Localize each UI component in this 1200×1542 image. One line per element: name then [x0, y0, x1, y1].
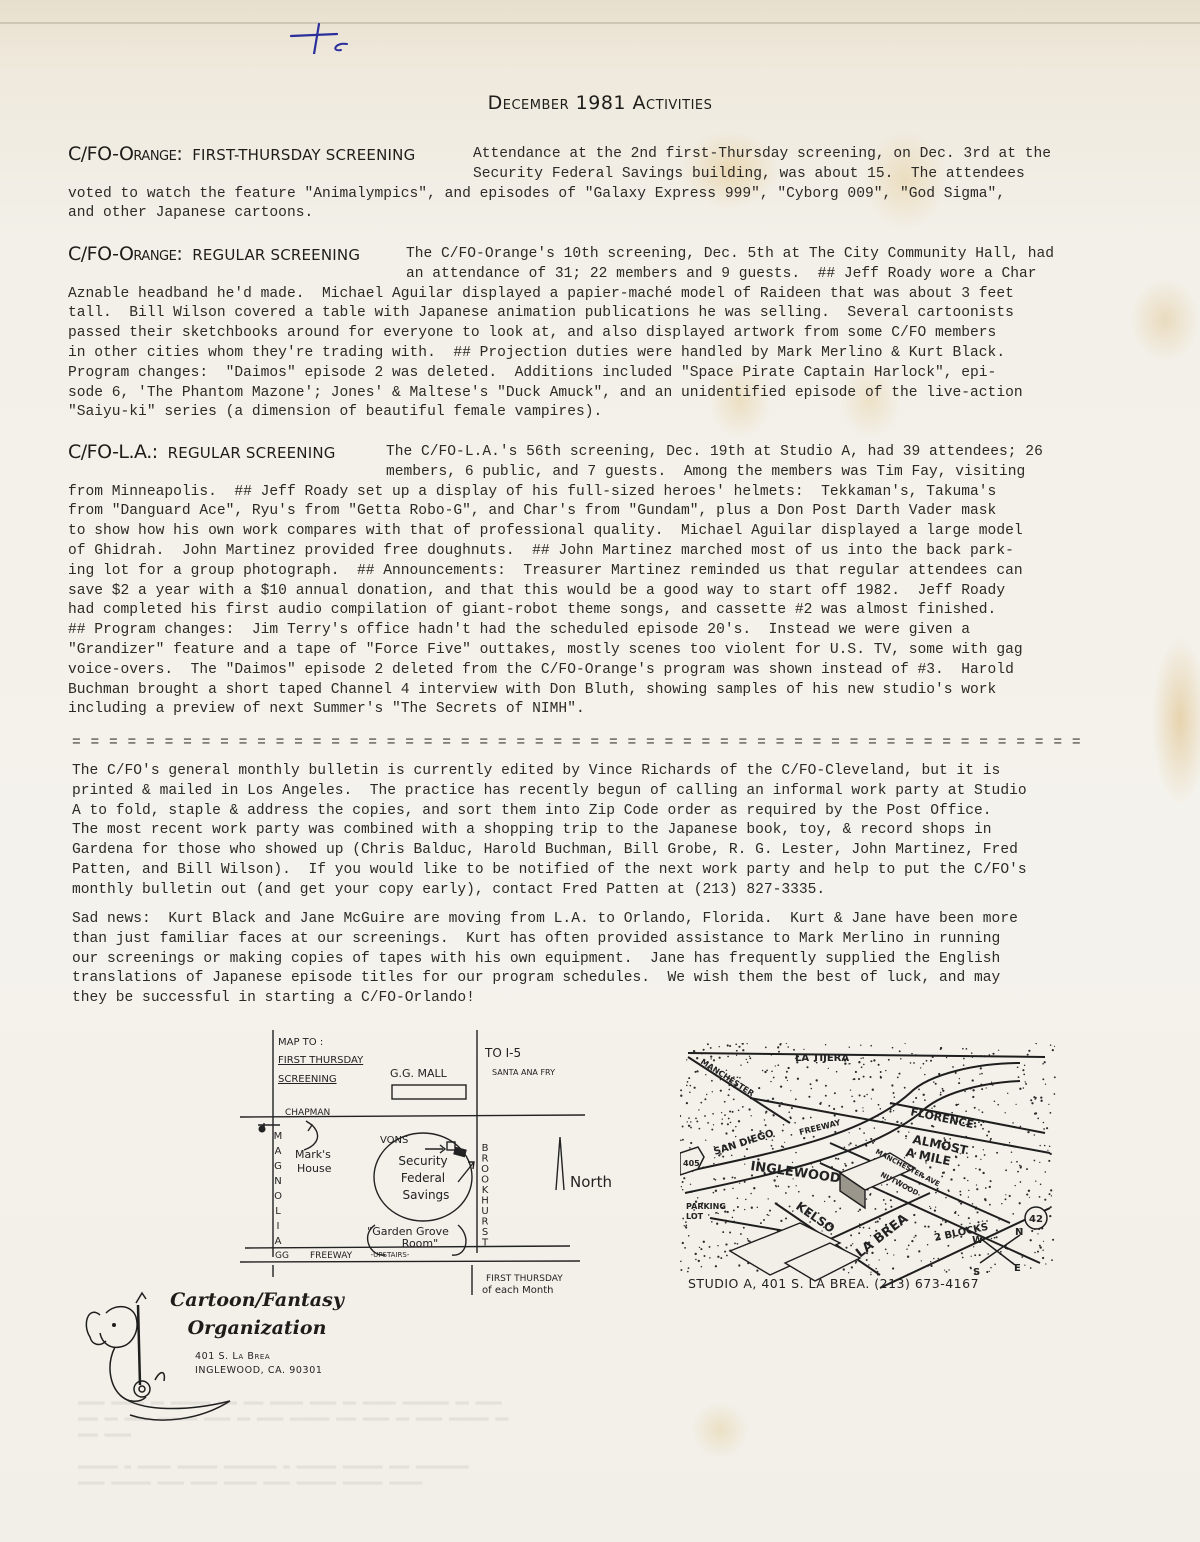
label-parking-lot: PARKING [686, 1202, 726, 1211]
label-brookhurst: BROOKHURST [481, 1143, 489, 1249]
handwritten-mark [285, 4, 365, 54]
label-freeway: FREEWAY [310, 1251, 353, 1261]
section-body: The C/FO-L.A.'s 56th screening, Dec. 19t… [68, 443, 1143, 720]
svg-text:SANTA ANA FRY: SANTA ANA FRY [492, 1068, 555, 1077]
section-org: C/FO-Orange: [68, 243, 182, 265]
svg-text:N: N [1015, 1227, 1023, 1238]
divider-line: = = = = = = = = = = = = = = = = = = = = … [72, 735, 1081, 751]
label-inglewood: INGLEWOOD [749, 1159, 841, 1187]
svg-text:FIRST THURSDAY: FIRST THURSDAY [278, 1055, 364, 1066]
bulletin-paragraph: The C/FO's general monthly bulletin is c… [72, 762, 1027, 901]
svg-text:A: A [275, 1146, 282, 1157]
section-kind: Regular screening [192, 246, 360, 264]
svg-text:B: B [482, 1143, 489, 1154]
section-org: C/FO-Orange: [68, 143, 182, 165]
org-name: Cartoon/Fantasy Organization [152, 1286, 362, 1342]
svg-text:Room": Room" [402, 1237, 438, 1250]
svg-text:S: S [482, 1227, 488, 1238]
sad-news-paragraph: Sad news: Kurt Black and Jane McGuire ar… [72, 910, 1018, 1009]
route-marker: 42 [1029, 1214, 1043, 1225]
bleed-through-texture: ▬▬▬▬ ▬▬▬▬▬ ▬▬ ▬▬▬▬▬▬ ▬▬▬ ▬▬▬ ▬▬▬▬▬ ▬▬▬▬ … [78, 1395, 1188, 1505]
section-heading: C/FO-Orange:Regular screening [68, 243, 406, 266]
svg-text:O: O [481, 1175, 489, 1186]
svg-text:U: U [481, 1206, 488, 1217]
section-heading: C/FO-L.A.:Regular screening [68, 441, 386, 464]
map-caption: STUDIO A, 401 S. LA BREA. (213) 673-4167 [688, 1276, 979, 1291]
svg-text:O: O [481, 1164, 489, 1175]
label-gg: GG [275, 1251, 289, 1261]
section-body: The C/FO-Orange's 10th screening, Dec. 5… [68, 245, 1143, 423]
label-florence: FLORENCE [909, 1105, 975, 1131]
label-marks-house: Mark's [295, 1148, 331, 1161]
section-kind: Regular screening [168, 444, 336, 462]
svg-text:LOT: LOT [686, 1212, 704, 1221]
page-title: December 1981 Activities [0, 92, 1200, 114]
freeway-shield: 405 [683, 1159, 700, 1168]
label-magnolia: MAGNOLIA [274, 1131, 283, 1247]
section-heading: C/FO-Orange:First-Thursday screening [68, 143, 473, 166]
map-heading: MAP TO : [278, 1037, 323, 1048]
label-la-brea: LA BREA [853, 1211, 911, 1261]
label-manchester: MANCHESTER [699, 1057, 756, 1098]
svg-text:T: T [481, 1238, 489, 1249]
svg-text:Federal: Federal [401, 1171, 445, 1185]
svg-text:SCREENING: SCREENING [278, 1074, 337, 1085]
svg-text:-UPSTAIRS-: -UPSTAIRS- [371, 1251, 410, 1259]
svg-text:House: House [297, 1162, 332, 1175]
section-org: C/FO-L.A.: [68, 441, 158, 463]
svg-text:Savings: Savings [403, 1188, 450, 1202]
svg-text:G: G [274, 1161, 282, 1172]
svg-text:R: R [482, 1154, 489, 1165]
svg-text:R: R [482, 1217, 489, 1228]
svg-text:H: H [481, 1196, 489, 1207]
svg-text:W: W [972, 1235, 983, 1246]
label-to-i5: TO I-5 [484, 1046, 521, 1060]
section-orange-first-thursday: C/FO-Orange:First-Thursday screening Att… [68, 145, 1143, 224]
svg-text:O: O [274, 1191, 282, 1202]
label-mall: G.G. MALL [390, 1067, 448, 1080]
paper-fold-crease [0, 22, 1200, 24]
svg-text:E: E [1014, 1263, 1021, 1274]
svg-text:N: N [274, 1176, 281, 1187]
label-schedule: FIRST THURSDAY [486, 1274, 563, 1284]
svg-text:of each Month: of each Month [482, 1285, 553, 1296]
svg-text:L: L [275, 1206, 281, 1217]
label-north: North [570, 1173, 612, 1191]
svg-text:I: I [277, 1221, 280, 1232]
section-la-regular: C/FO-L.A.:Regular screening The C/FO-L.A… [68, 443, 1143, 720]
svg-text:K: K [482, 1185, 489, 1196]
label-venue: Security [398, 1154, 447, 1168]
label-chapman: CHAPMAN [285, 1108, 330, 1118]
label-vons: VONS [380, 1135, 408, 1146]
svg-text:M: M [274, 1131, 283, 1142]
label-la-tijera: LA TIJERA [795, 1053, 849, 1064]
map-first-thursday: MAP TO : FIRST THURSDAY SCREENING G.G. M… [240, 1025, 620, 1305]
svg-text:A: A [275, 1236, 282, 1247]
org-address: 401 S. La Brea INGLEWOOD, CA. 90301 [195, 1350, 323, 1378]
section-kind: First-Thursday screening [192, 146, 415, 164]
map-studio-a: 405 LA TIJERA MANCHESTER FLORENCE SAN DI… [680, 1043, 1060, 1293]
section-orange-regular: C/FO-Orange:Regular screening The C/FO-O… [68, 245, 1143, 423]
